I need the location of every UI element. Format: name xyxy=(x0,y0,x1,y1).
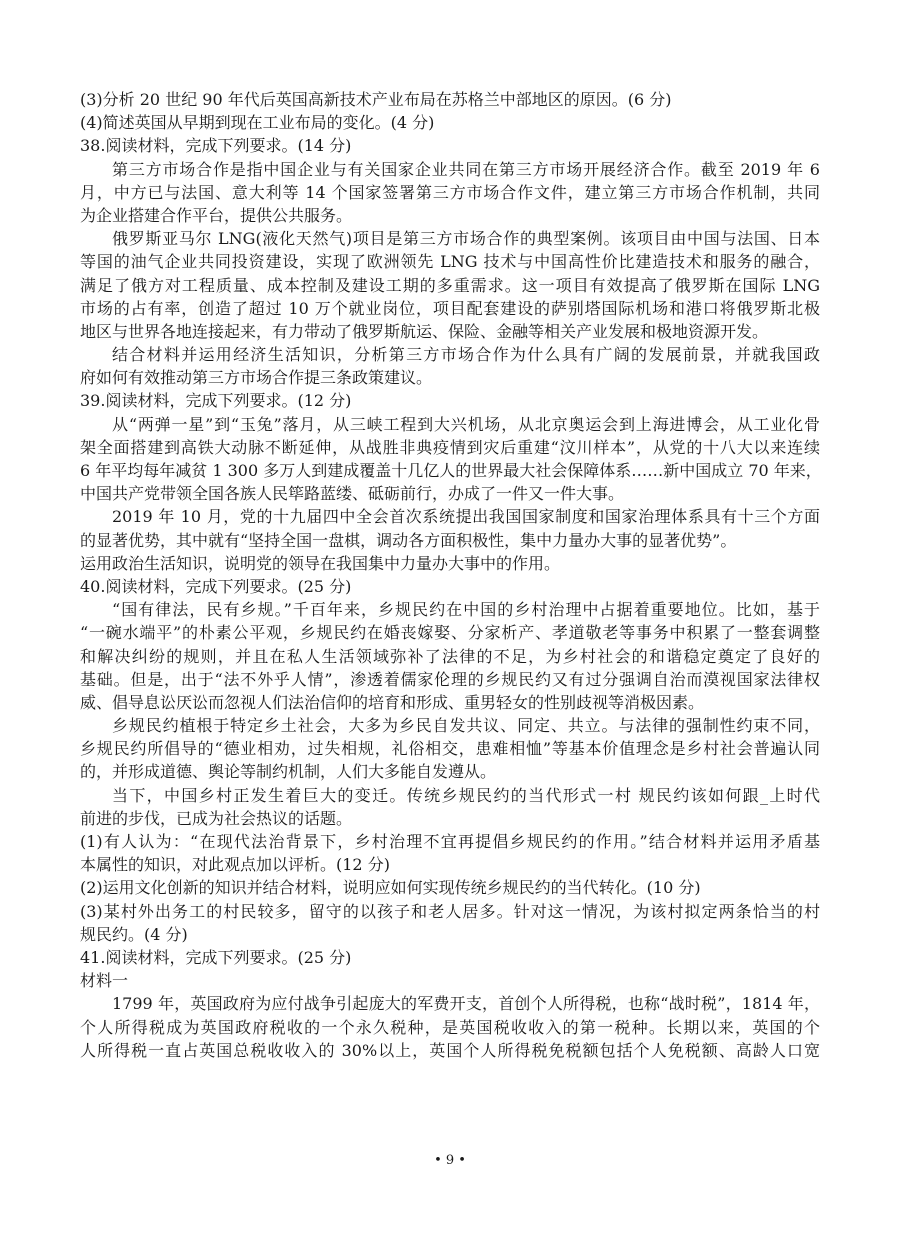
text-line: “一碗水端平”的朴素公平观，乡规民约在婚丧嫁娶、分家析产、孝道敬老等事务中积累了… xyxy=(80,621,820,644)
text-line: (1)有人认为：“在现代法治背景下，乡村治理不宜再提倡乡规民约的作用。”结合材料… xyxy=(80,830,820,853)
text-line: “国有律法，民有乡规。”千百年来，乡规民约在中国的乡村治理中占据着重要地位。比如… xyxy=(80,598,820,621)
text-line: 乡规民约所倡导的“德业相劝，过失相规，礼俗相交，患难相恤”等基本价值理念是乡村社… xyxy=(80,737,820,760)
text-line: 人所得税一直占英国总税收收入的 30%以上，英国个人所得税免税额包括个人免税额、… xyxy=(80,1039,820,1062)
text-line: 的显著优势，其中就有“坚持全国一盘棋，调动各方面积极性，集中力量办大事的显著优势… xyxy=(80,529,820,552)
text-line: 中国共产党带领全国各族人民筚路蓝缕、砥砺前行，办成了一件又一件大事。 xyxy=(80,482,820,505)
text-line: 和解决纠纷的规则，并且在私人生活领域弥补了法律的不足，为乡村社会的和谐稳定奠定了… xyxy=(80,645,820,668)
text-line: 等国的油气企业共同投资建设，实现了欧洲领先 LNG 技术与中国高性价比建造技术和… xyxy=(80,250,820,273)
text-line: 满足了俄方对工程质量、成本控制及建设工期的多重需求。这一项目有效提高了俄罗斯在国… xyxy=(80,274,820,297)
text-line: 规民约。(4 分) xyxy=(80,923,820,946)
text-line: 41.阅读材料，完成下列要求。(25 分) xyxy=(80,946,820,969)
text-line: 从“两弹一星”到“玉兔”落月，从三峡工程到大兴机场，从北京奥运会到上海进博会，从… xyxy=(80,413,820,436)
text-line: 架全面搭建到高铁大动脉不断延伸，从战胜非典疫情到灾后重建“汶川样本”，从党的十八… xyxy=(80,436,820,459)
text-line: 地区与世界各地连接起来，有力带动了俄罗斯航运、保险、金融等相关产业发展和极地资源… xyxy=(80,320,820,343)
text-line: (3)分析 20 世纪 90 年代后英国高新技术产业布局在苏格兰中部地区的原因。… xyxy=(80,88,820,111)
text-line: (4)简述英国从早期到现在工业布局的变化。(4 分) xyxy=(80,111,820,134)
document-page: (3)分析 20 世纪 90 年代后英国高新技术产业布局在苏格兰中部地区的原因。… xyxy=(80,88,820,1062)
text-line: 府如何有效推动第三方市场合作提三条政策建议。 xyxy=(80,366,820,389)
text-line: 的，并形成道德、舆论等制约机制，人们大多能自发遵从。 xyxy=(80,760,820,783)
text-line: 为企业搭建合作平台，提供公共服务。 xyxy=(80,204,820,227)
text-line: 市场的占有率，创造了超过 10 万个就业岗位，项目配套建设的萨别塔国际机场和港口… xyxy=(80,297,820,320)
text-line: 2019 年 10 月，党的十九届四中全会首次系统提出我国国家制度和国家治理体系… xyxy=(80,505,820,528)
text-line: 39.阅读材料，完成下列要求。(12 分) xyxy=(80,389,820,412)
text-line: 俄罗斯亚马尔 LNG(液化天然气)项目是第三方市场合作的典型案例。该项目由中国与… xyxy=(80,227,820,250)
text-line: 结合材料并运用经济生活知识，分析第三方市场合作为什么具有广阔的发展前景，并就我国… xyxy=(80,343,820,366)
text-line: 运用政治生活知识，说明党的领导在我国集中力量办大事中的作用。 xyxy=(80,552,820,575)
text-line: 38.阅读材料，完成下列要求。(14 分) xyxy=(80,134,820,157)
text-line: 本属性的知识，对此观点加以评析。(12 分) xyxy=(80,853,820,876)
text-line: 第三方市场合作是指中国企业与有关国家企业共同在第三方市场开展经济合作。截至 20… xyxy=(80,158,820,181)
text-line: 个人所得税成为英国政府税收的一个永久税种，是英国税收收入的第一税种。长期以来，英… xyxy=(80,1016,820,1039)
text-line: 月，中方已与法国、意大利等 14 个国家签署第三方市场合作文件，建立第三方市场合… xyxy=(80,181,820,204)
text-line: 当下，中国乡村正发生着巨大的变迁。传统乡规民约的当代形式一村 规民约该如何跟_上… xyxy=(80,784,820,807)
text-line: 基础。但是，出于“法不外乎人情”，渗透着儒家伦理的乡规民约又有过分强调自治而漠视… xyxy=(80,668,820,691)
text-line: 威、倡导息讼厌讼而忽视人们法治信仰的培育和形成、重男轻女的性别歧视等消极因素。 xyxy=(80,691,820,714)
text-line: 1799 年，英国政府为应付战争引起庞大的军费开支，首创个人所得税，也称“战时税… xyxy=(80,992,820,1015)
text-line: (3)某村外出务工的村民较多，留守的以孩子和老人居多。针对这一情况，为该村拟定两… xyxy=(80,900,820,923)
text-line: 40.阅读材料，完成下列要求。(25 分) xyxy=(80,575,820,598)
page-number: • 9 • xyxy=(0,1153,900,1168)
text-line: (2)运用文化创新的知识并结合材料，说明应如何实现传统乡规民约的当代转化。(10… xyxy=(80,876,820,899)
text-line: 乡规民约植根于特定乡土社会，大多为乡民自发共议、同定、共立。与法律的强制性约束不… xyxy=(80,714,820,737)
text-line: 前进的步伐，已成为社会热议的话题。 xyxy=(80,807,820,830)
text-line: 6 年平均每年减贫 1 300 多万人到建成覆盖十几亿人的世界最大社会保障体系…… xyxy=(80,459,820,482)
text-line: 材料一 xyxy=(80,969,820,992)
